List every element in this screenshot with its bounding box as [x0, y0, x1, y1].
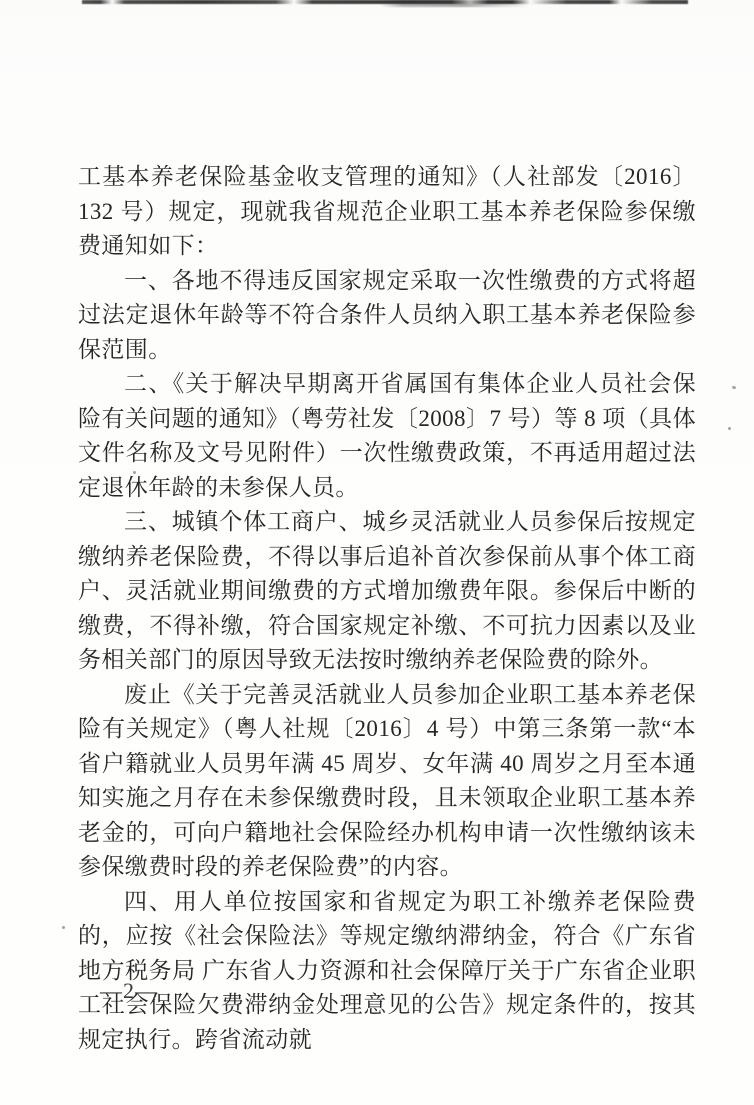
scan-speck: [571, 649, 574, 651]
page-number: —2—: [100, 978, 158, 1004]
scanned-document-page: 工基本养老保险基金收支管理的通知》（人社部发〔2016〕132 号）规定，现就我…: [0, 0, 754, 1105]
scan-speck: [728, 427, 731, 430]
scan-speck: [62, 926, 65, 929]
paragraph-item-2: 二、《关于解决早期离开省属国有集体企业人员社会保险有关问题的通知》（粤劳社发〔2…: [78, 367, 696, 505]
scan-speck: [732, 385, 737, 389]
document-body: 工基本养老保险基金收支管理的通知》（人社部发〔2016〕132 号）规定，现就我…: [78, 160, 696, 1057]
scan-speck: [133, 471, 136, 474]
paragraph-item-1: 一、各地不得违反国家规定采取一次性缴费的方式将超过法定退休年龄等不符合条件人员纳…: [78, 264, 696, 368]
paragraph-item-3: 三、城镇个体工商户、城乡灵活就业人员参保后按规定缴纳养老保险费，不得以事后追补首…: [78, 505, 696, 678]
scan-artifact-top-edge-dark-patch: [380, 0, 530, 7]
scan-speck: [509, 1000, 512, 1002]
paragraph-continued-from-previous-page: 工基本养老保险基金收支管理的通知》（人社部发〔2016〕132 号）规定，现就我…: [78, 160, 696, 264]
paragraph-repeal-clause: 废止《关于完善灵活就业人员参加企业职工基本养老保险有关规定》（粤人社规〔2016…: [78, 678, 696, 885]
paragraph-item-4: 四、用人单位按国家和省规定为职工补缴养老保险费的，应按《社会保险法》等规定缴纳滞…: [78, 885, 696, 1058]
